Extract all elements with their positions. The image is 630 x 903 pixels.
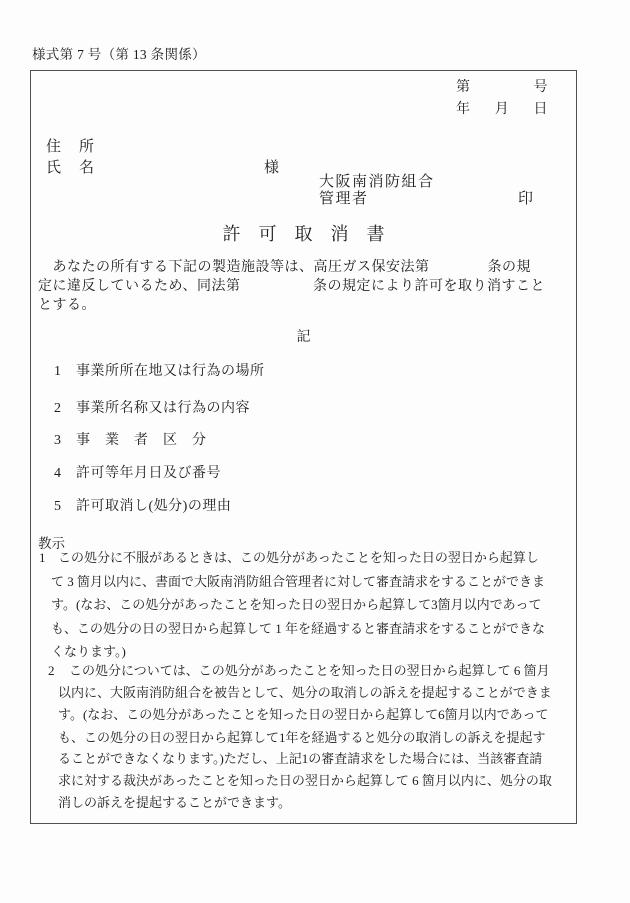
date-day-label: 日	[534, 98, 549, 118]
recipient-honorific: 様	[264, 159, 279, 178]
list-item: 2事業所名称又は行為の内容	[54, 400, 250, 418]
list-item-number: 5	[54, 498, 76, 516]
kyoji-item-2-line: ることができなくなります。)ただし、上記1の審査請求をした場合には、当該審査請	[58, 751, 542, 767]
body-paragraph-line: 定に違反しているため、同法第 条の規定により許可を取り消すこと	[38, 278, 545, 296]
kyoji-item-1-line: 1この処分に不服があるときは、この処分があったことを知った日の翌日から起算し	[39, 550, 539, 566]
document-number-line: 第 号	[456, 76, 548, 96]
list-item-label: 許可等年月日及び番号	[76, 466, 221, 481]
list-item-number: 3	[54, 432, 76, 450]
list-item-number: 2	[54, 400, 76, 418]
body-paragraph-line: あなたの所有する下記の製造施設等は、高圧ガス保安法第 条の規	[38, 259, 531, 277]
list-item: 1事業所所在地又は行為の場所	[54, 363, 265, 381]
list-item-label: 許可取消し(処分)の理由	[76, 499, 231, 514]
list-item: 4許可等年月日及び番号	[54, 465, 221, 483]
kyoji-item-2-line: も、この処分の日の翌日から起算して1年を経過すると処分の取消しの訴えを提起す	[58, 730, 546, 746]
kyoji-item-number: 2	[48, 663, 69, 679]
list-item: 3事 業 者 区 分	[54, 432, 207, 450]
kyoji-text: この処分については、この処分があったことを知った日の翌日から起算して 6 箇月	[69, 663, 550, 678]
kyoji-text: この処分に不服があるときは、この処分があったことを知った日の翌日から起算し	[58, 550, 539, 565]
form-number-label: 様式第 7 号（第 13 条関係）	[32, 47, 206, 64]
sender-title: 管理者	[319, 190, 369, 209]
document-page: 様式第 7 号（第 13 条関係） 第 号 年 月 日 住 所 氏 名 様 大阪…	[0, 0, 630, 903]
kyoji-item-2-line: 2この処分については、この処分があったことを知った日の翌日から起算して 6 箇月	[48, 663, 550, 679]
date-month-label: 月	[495, 98, 510, 118]
recipient-name-label: 氏 名	[46, 159, 96, 178]
list-item-number: 1	[54, 363, 76, 381]
list-item-number: 4	[54, 465, 76, 483]
kyoji-item-2-line: す。(なお、この処分があったことを知った日の翌日から起算して6箇月以内であって	[58, 707, 549, 723]
docno-prefix: 第	[456, 76, 471, 96]
kyoji-item-number: 1	[39, 550, 58, 566]
list-item-label: 事業所所在地又は行為の場所	[76, 364, 265, 379]
body-paragraph-line: とする。	[38, 297, 96, 315]
kyoji-item-2-line: 消しの訴えを提起することができます。	[58, 795, 291, 811]
kyoji-item-1-line: くなります。)	[51, 644, 126, 660]
document-title: 許 可 取 消 書	[31, 223, 576, 246]
seal-mark: 印	[518, 190, 533, 209]
list-item-label: 事 業 者 区 分	[76, 433, 207, 448]
ki-marker: 記	[31, 329, 576, 347]
kyoji-item-2-line: 求に対する裁決があったことを知った日の翌日から起算して 6 箇月以内に、処分の取	[58, 773, 552, 789]
date-year-label: 年	[456, 98, 471, 118]
recipient-address-label: 住 所	[46, 138, 96, 157]
kyoji-item-1-line: も、この処分の日の翌日から起算して 1 年を経過すると審査請求をすることができな	[51, 621, 545, 637]
date-line: 年 月 日	[456, 98, 548, 118]
document-border-box: 第 号 年 月 日 住 所 氏 名 様 大阪南消防組合 管理者 印 許 可 取 …	[30, 70, 577, 824]
list-item-label: 事業所名称又は行為の内容	[76, 401, 250, 416]
list-item: 5許可取消し(処分)の理由	[54, 498, 231, 516]
kyoji-item-2-line: 以内に、大阪南消防組合を被告として、処分の取消しの訴えを提起することができま	[58, 685, 552, 701]
kyoji-item-1-line: す。(なお、この処分があったことを知った日の翌日から起算して3箇月以内であって	[51, 597, 542, 613]
sender-organization: 大阪南消防組合	[319, 173, 435, 192]
docno-suffix: 号	[534, 76, 549, 96]
kyoji-item-1-line: て 3 箇月以内に、書面で大阪南消防組合管理者に対して審査請求をすることができま	[51, 574, 545, 590]
